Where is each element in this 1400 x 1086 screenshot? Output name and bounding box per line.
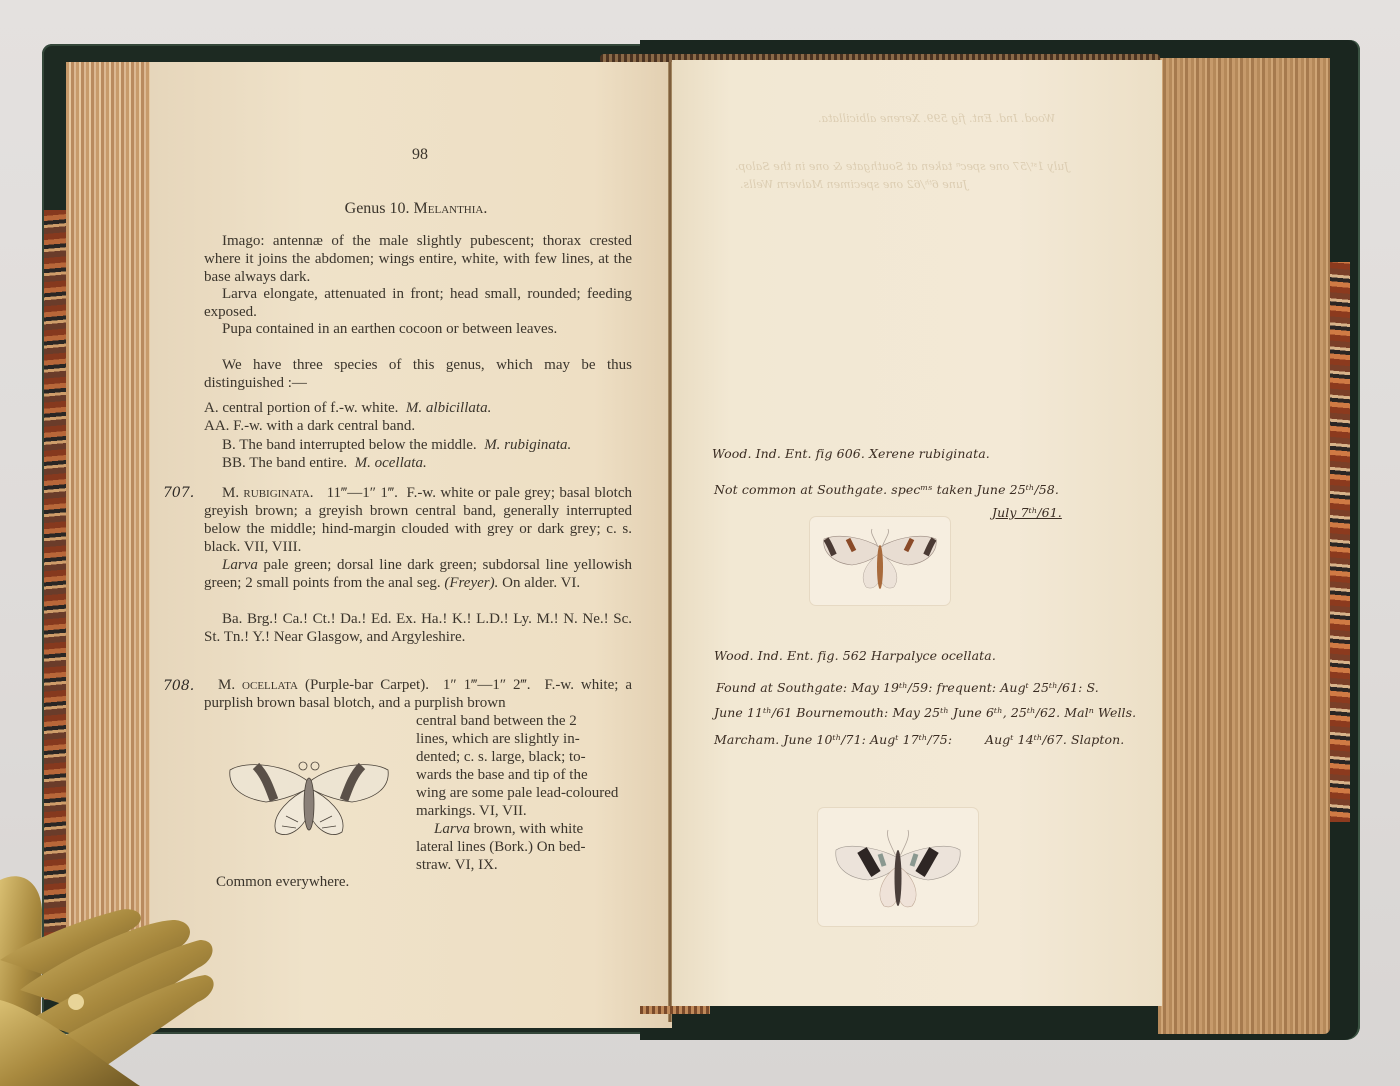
annotation-reference-ocellata: Wood. Ind. Ent. fig. 562 Harpalyce ocell…	[714, 648, 996, 663]
key-species: M. rubiginata.	[484, 437, 571, 453]
text-line: markings. VI, VII.	[416, 802, 632, 820]
key-species: M. albicillata.	[406, 400, 491, 416]
tailband	[640, 1006, 710, 1014]
text-line: central band between the 2	[416, 712, 632, 730]
engraved-moth-illustration	[226, 756, 392, 842]
species-size: 1″ 1‴—1″ 2‴.	[443, 677, 531, 693]
imago-description: Imago: antennæ of the male slightly pube…	[204, 232, 632, 286]
larva-ocellata: Larva brown, with white	[416, 820, 632, 838]
key-entry-aa: AA. F.-w. with a dark central band.	[204, 418, 415, 435]
annotation-record: July 7ᵗʰ/61.	[992, 505, 1062, 520]
text-line: wards the base and tip of the	[416, 766, 632, 784]
painted-moth-specimen-ocellata	[818, 808, 978, 926]
species-name: M. rubiginata.	[222, 485, 314, 501]
localities-rubiginata: Ba. Brg.! Ca.! Ct.! Da.! Ed. Ex. Ha.! K.…	[204, 610, 632, 646]
key-intro: We have three species of this genus, whi…	[204, 356, 632, 392]
key-label: BB.	[222, 455, 246, 471]
text-line: lateral lines (Bork.) On bed-	[416, 838, 632, 856]
larva-label: Larva	[222, 557, 258, 573]
annotation-record: Found at Southgate: May 19ᵗʰ/59: frequen…	[716, 680, 1099, 695]
key-entry-b: B. The band interrupted below the middle…	[222, 437, 571, 454]
key-text: The band interrupted below the middle.	[239, 437, 476, 453]
species-entry-ocellata: M. ocellata (Purple-bar Carpet). 1″ 1‴—1…	[204, 676, 632, 712]
key-text: central portion of f.-w. white.	[222, 400, 398, 416]
annotation-record: June 11ᵗʰ/61 Bournemouth: May 25ᵗʰ June …	[714, 705, 1136, 720]
common-name: (Purple-bar Carpet).	[305, 677, 429, 693]
text-line: brown, with white	[474, 821, 584, 837]
brass-hand-bookstand	[0, 870, 230, 1086]
species-entry-rubiginata: M. rubiginata. 11‴—1″ 1‴. F.-w. white or…	[204, 484, 632, 556]
showthrough-line: July 1ˢᵗ/57 one specⁿ taken at Southgate…	[735, 160, 1069, 173]
key-label: AA.	[204, 418, 229, 434]
text-line: straw. VI, IX.	[416, 856, 632, 874]
annotation-reference-rubiginata: Wood. Ind. Ent. fig 606. Xerene rubigina…	[712, 446, 990, 461]
page-block-right	[1158, 58, 1330, 1034]
key-label: A.	[204, 400, 219, 416]
manuscript-number-707: 707.	[163, 485, 194, 501]
moth-painting-icon	[818, 808, 978, 926]
foodplant: On alder. VI.	[502, 575, 580, 591]
key-label: B.	[222, 437, 236, 453]
genus-number: Genus 10.	[345, 200, 410, 217]
distribution-ocellata: Common everywhere.	[216, 873, 349, 891]
annotation-record: Augᵗ 14ᵗʰ/67. Slapton.	[985, 732, 1124, 747]
annotation-record: Not common at Southgate. specᵐˢ taken Ju…	[714, 482, 1059, 497]
larva-rubiginata: Larva pale green; dorsal line dark green…	[204, 556, 632, 592]
painted-moth-specimen-rubiginata	[810, 517, 950, 605]
showthrough-line: Wood. Ind. Ent. fig 599. Xerene albicill…	[818, 112, 1055, 125]
page-number: 98	[400, 146, 440, 164]
key-entry-bb: BB. The band entire. M. ocellata.	[222, 455, 427, 472]
text-line: lines, which are slightly in-	[416, 730, 632, 748]
key-text: The band entire.	[249, 455, 347, 471]
larva-author: (Freyer).	[444, 575, 498, 591]
key-species: M. ocellata.	[355, 455, 427, 471]
showthrough-line: June 6ᵗʰ/62 one specimen Malvern Wells.	[740, 178, 967, 191]
species-name: M. ocellata	[218, 677, 298, 693]
text-line: wing are some pale lead-coloured	[416, 784, 632, 802]
marbled-edge-right	[1328, 262, 1350, 822]
genus-name: Melanthia.	[414, 200, 488, 217]
moth-painting-icon	[810, 517, 950, 605]
open-book: 98 Genus 10. Melanthia. Imago: antennæ o…	[0, 0, 1400, 1086]
species-description-wrap: central band between the 2 lines, which …	[416, 712, 632, 874]
book-gutter	[668, 62, 672, 1022]
annotation-record: Marcham. June 10ᵗʰ/71: Augᵗ 17ᵗʰ/75:	[714, 732, 952, 747]
manuscript-number-708: 708.	[163, 678, 194, 694]
genus-heading: Genus 10. Melanthia.	[200, 200, 632, 218]
key-entry-a: A. central portion of f.-w. white. M. al…	[204, 400, 491, 417]
key-text: F.-w. with a dark central band.	[233, 418, 415, 434]
larva-description: Larva elongate, attenuated in front; hea…	[204, 285, 632, 321]
pupa-description: Pupa contained in an earthen cocoon or b…	[204, 320, 632, 338]
larva-label: Larva	[434, 821, 470, 837]
species-size: 11‴—1″ 1‴.	[327, 485, 398, 501]
text-line: dented; c. s. large, black; to-	[416, 748, 632, 766]
